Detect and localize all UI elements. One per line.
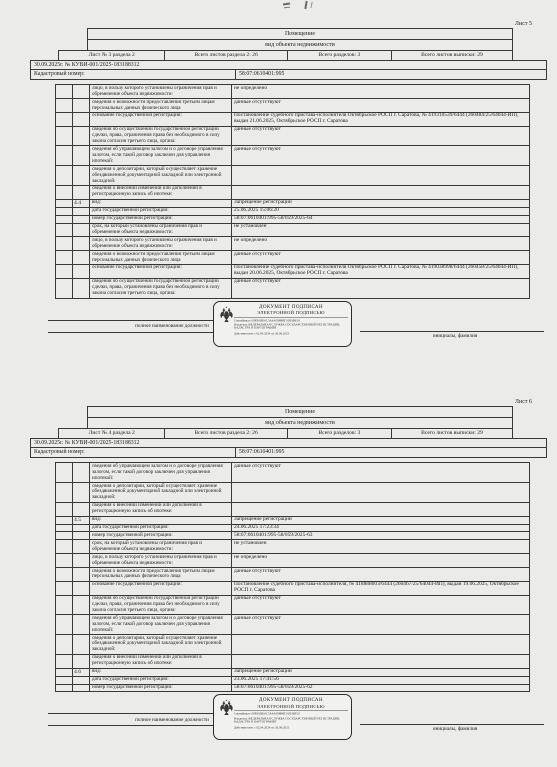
row-number bbox=[73, 216, 90, 223]
object-type-caption: вид объекта недвижимости bbox=[87, 39, 513, 51]
sheet-meta-row: Лист № 3 раздела 2 Всего листов раздела … bbox=[58, 50, 513, 61]
scan-artifact bbox=[284, 7, 290, 9]
row-value: 58:07:0610401:995-58/059/2025-62 bbox=[232, 685, 529, 692]
row-gap-cell bbox=[56, 166, 73, 185]
row-number bbox=[73, 655, 90, 668]
coat-of-arms-icon bbox=[218, 305, 234, 344]
table-row: номер государственной регистрации:58:07:… bbox=[56, 215, 529, 223]
row-label: сведения о возможности предоставления тр… bbox=[90, 251, 232, 264]
row-gap-cell bbox=[56, 517, 73, 524]
row-label: сведения об осуществлении государственно… bbox=[90, 596, 232, 615]
row-value: данные отсутствуют bbox=[232, 463, 529, 482]
row-value bbox=[232, 655, 529, 668]
row-gap-cell bbox=[56, 568, 73, 581]
document-page-sheet-5: Лист 5 Помещение вид объекта недвижимост… bbox=[30, 20, 548, 355]
table-row: 4.6вид:Запрещение регистрации bbox=[56, 668, 529, 676]
signature-line bbox=[360, 331, 544, 332]
row-gap-cell bbox=[56, 279, 73, 298]
scanned-document: Лист 5 Помещение вид объекта недвижимост… bbox=[0, 0, 557, 767]
row-number bbox=[73, 635, 90, 654]
row-label: сведения о депозитарии, который осуществ… bbox=[90, 483, 232, 502]
row-value: Постановление судебного пристава-исполни… bbox=[232, 113, 529, 126]
row-gap-cell bbox=[56, 224, 73, 237]
cadastral-number-value: 58:07:0610401:995 bbox=[235, 448, 546, 457]
row-number bbox=[73, 483, 90, 502]
row-value: 23.06.2025 17:41:56 bbox=[232, 677, 529, 684]
total-sections-cell: Всего разделов: 3 bbox=[288, 429, 392, 438]
row-gap-cell bbox=[56, 483, 73, 502]
row-label: сведения о депозитарии, который осуществ… bbox=[90, 166, 232, 185]
row-gap-cell bbox=[56, 265, 73, 278]
row-number bbox=[73, 186, 90, 199]
row-gap-cell bbox=[56, 677, 73, 684]
table-row: 4.4вид:Запрещение регистрации bbox=[56, 199, 529, 207]
table-row: основание государственной регистрации:По… bbox=[56, 264, 529, 278]
row-number bbox=[73, 540, 90, 553]
row-gap-cell bbox=[56, 186, 73, 199]
row-value: 25.06.2025 15:06:20 bbox=[232, 208, 529, 215]
row-value: данные отсутствуют bbox=[232, 127, 529, 146]
row-gap-cell bbox=[56, 208, 73, 215]
row-label: сведения о депозитарии, который осуществ… bbox=[90, 635, 232, 654]
row-label: основание государственной регистрации: bbox=[90, 265, 232, 278]
row-number bbox=[73, 237, 90, 250]
row-number bbox=[73, 99, 90, 112]
row-number bbox=[73, 166, 90, 185]
table-row: сведения о депозитарии, который осуществ… bbox=[56, 634, 529, 654]
table-row: номер государственной регистрации:58:07:… bbox=[56, 531, 529, 539]
table-row: срок, на который установлены ограничения… bbox=[56, 223, 529, 237]
row-number bbox=[73, 582, 90, 595]
table-row: дата государственной регистрации:25.06.2… bbox=[56, 207, 529, 215]
table-row: сведения об управляющем залогом и о дого… bbox=[56, 145, 529, 165]
total-sheets-section-cell: Всего листов раздела 2: 26 bbox=[165, 51, 287, 60]
row-number bbox=[73, 279, 90, 298]
row-gap-cell bbox=[56, 685, 73, 692]
row-label: дата государственной регистрации: bbox=[90, 208, 232, 215]
row-label: номер государственной регистрации: bbox=[90, 532, 232, 539]
stamp-validity-line: Действителен: с 02.04.2024 по 26.06.2025 bbox=[234, 332, 348, 335]
row-label: лицо, в пользу которого установлены огра… bbox=[90, 554, 232, 567]
table-row: лицо, в пользу которого установлены огра… bbox=[56, 553, 529, 567]
scan-artifact bbox=[283, 3, 290, 6]
row-number: 4.5 bbox=[73, 517, 90, 524]
stamp-owner-line: Владелец: ФЕДЕРАЛЬНАЯ СЛУЖБА ГОСУДАРСТВЕ… bbox=[234, 323, 348, 330]
total-sheets-extract-cell: Всего листов выписки: 29 bbox=[392, 51, 512, 60]
stamp-owner-line: Владелец: ФЕДЕРАЛЬНАЯ СЛУЖБА ГОСУДАРСТВЕ… bbox=[234, 717, 348, 724]
row-number bbox=[73, 127, 90, 146]
row-value bbox=[232, 503, 529, 516]
row-number bbox=[73, 554, 90, 567]
row-gap-cell bbox=[56, 99, 73, 112]
cadastral-number-label: Кадастровый номер: bbox=[31, 70, 235, 79]
row-label: сведения о возможности предоставления тр… bbox=[90, 568, 232, 581]
row-gap-cell bbox=[56, 216, 73, 223]
stamp-validity-line: Действителен: с 02.04.2024 по 26.06.2025 bbox=[234, 726, 348, 729]
row-number: 4.6 bbox=[73, 669, 90, 676]
row-label: срок, на который установлены ограничения… bbox=[90, 540, 232, 553]
object-type-header-table: Помещение вид объекта недвижимости bbox=[87, 406, 513, 429]
row-label: сведения об управляющем залогом и о дого… bbox=[90, 146, 232, 165]
total-sheets-section-cell: Всего листов раздела 2: 26 bbox=[165, 429, 287, 438]
row-number bbox=[73, 224, 90, 237]
sheet-number-label: Лист 6 bbox=[30, 398, 548, 406]
row-gap-cell bbox=[56, 655, 73, 668]
row-gap-cell bbox=[56, 127, 73, 146]
table-row: сведения об осуществлении государственно… bbox=[56, 278, 529, 298]
row-value: не определено bbox=[232, 237, 529, 250]
row-label: вид: bbox=[90, 669, 232, 676]
row-label: номер государственной регистрации: bbox=[90, 216, 232, 223]
row-gap-cell bbox=[56, 525, 73, 532]
row-value bbox=[232, 186, 529, 199]
row-label: вид: bbox=[90, 200, 232, 207]
row-number: 4.4 bbox=[73, 200, 90, 207]
row-value: Постановление судебного пристава-исполни… bbox=[232, 265, 529, 278]
row-label: сведения об осуществлении государственно… bbox=[90, 279, 232, 298]
scan-artifact bbox=[310, 2, 313, 8]
row-number bbox=[73, 146, 90, 165]
row-label: сведения о внесении изменений или дополн… bbox=[90, 503, 232, 516]
row-value: Запрещение регистрации bbox=[232, 669, 529, 676]
row-value: не определено bbox=[232, 85, 529, 98]
row-gap-cell bbox=[56, 635, 73, 654]
total-sheets-extract-cell: Всего листов выписки: 29 bbox=[392, 429, 512, 438]
table-row: сведения о возможности предоставления тр… bbox=[56, 98, 529, 112]
row-label: лицо, в пользу которого установлены огра… bbox=[90, 85, 232, 98]
row-label: дата государственной регистрации: bbox=[90, 677, 232, 684]
table-row: сведения об осуществлении государственно… bbox=[56, 126, 529, 146]
row-value: не установлен bbox=[232, 540, 529, 553]
row-label: основание государственной регистрации: bbox=[90, 113, 232, 126]
initials-surname-placeholder: инициалы, фамилия bbox=[415, 726, 495, 732]
initials-surname-placeholder: инициалы, фамилия bbox=[415, 333, 495, 339]
scan-artifact bbox=[304, 1, 307, 9]
row-label: сведения о возможности предоставления тр… bbox=[90, 99, 232, 112]
row-value: данные отсутствуют bbox=[232, 99, 529, 112]
row-label: номер государственной регистрации: bbox=[90, 685, 232, 692]
table-row: сведения о внесении изменений или дополн… bbox=[56, 502, 529, 516]
row-number bbox=[73, 265, 90, 278]
row-value: Запрещение регистрации bbox=[232, 200, 529, 207]
row-label: основание государственной регистрации: bbox=[90, 582, 232, 595]
row-number bbox=[73, 615, 90, 634]
row-number bbox=[73, 596, 90, 615]
row-value: данные отсутствуют bbox=[232, 568, 529, 581]
row-value: данные отсутствуют bbox=[232, 596, 529, 615]
row-value bbox=[232, 635, 529, 654]
signature-block: полное наименование должности инициалы, … bbox=[30, 694, 548, 748]
row-number bbox=[73, 251, 90, 264]
row-number bbox=[73, 532, 90, 539]
row-value: данные отсутствуют bbox=[232, 615, 529, 634]
row-number bbox=[73, 503, 90, 516]
table-row: 4.5вид:Запрещение регистрации bbox=[56, 516, 529, 524]
table-row: сведения о внесении изменений или дополн… bbox=[56, 654, 529, 668]
table-row: сведения о внесении изменений или дополн… bbox=[56, 185, 529, 199]
stamp-title-line-2: ЭЛЕКТРОННОЙ ПОДПИСЬЮ bbox=[234, 310, 348, 317]
row-gap-cell bbox=[56, 113, 73, 126]
row-value: не определено bbox=[232, 554, 529, 567]
table-row: дата государственной регистрации:23.06.2… bbox=[56, 676, 529, 684]
cadastral-number-value: 58:07:0610401:995 bbox=[235, 70, 546, 79]
row-label: лицо, в пользу которого установлены огра… bbox=[90, 237, 232, 250]
sheet-meta-row: Лист № 4 раздела 2 Всего листов раздела … bbox=[58, 428, 513, 439]
row-value: 24.06.2025 17:23:34 bbox=[232, 525, 529, 532]
row-value: Запрещение регистрации bbox=[232, 517, 529, 524]
object-type-caption: вид объекта недвижимости bbox=[87, 417, 513, 429]
cadastral-number-row: Кадастровый номер: 58:07:0610401:995 bbox=[30, 69, 547, 80]
cadastral-number-row: Кадастровый номер: 58:07:0610401:995 bbox=[30, 447, 547, 458]
table-row: сведения о депозитарии, который осуществ… bbox=[56, 482, 529, 502]
row-gap-cell bbox=[56, 554, 73, 567]
object-type-value: Помещение bbox=[87, 28, 513, 40]
sheet-info-cell: Лист № 4 раздела 2 bbox=[59, 429, 165, 438]
table-row: лицо, в пользу которого установлены огра… bbox=[56, 236, 529, 250]
row-value: данные отсутствуют bbox=[232, 146, 529, 165]
row-gap-cell bbox=[56, 582, 73, 595]
stamp-text: ДОКУМЕНТ ПОДПИСАН ЭЛЕКТРОННОЙ ПОДПИСЬЮ С… bbox=[234, 698, 348, 737]
object-type-header-table: Помещение вид объекта недвижимости bbox=[87, 28, 513, 51]
row-number bbox=[73, 568, 90, 581]
row-number bbox=[73, 525, 90, 532]
cadastral-number-label: Кадастровый номер: bbox=[31, 448, 235, 457]
document-page-sheet-6: Лист 6 Помещение вид объекта недвижимост… bbox=[30, 398, 548, 748]
row-gap-cell bbox=[56, 503, 73, 516]
table-row: сведения об осуществлении государственно… bbox=[56, 595, 529, 615]
row-gap-cell bbox=[56, 669, 73, 676]
table-row: сведения об управляющем залогом и о дого… bbox=[56, 463, 529, 482]
row-label: дата государственной регистрации: bbox=[90, 525, 232, 532]
total-sections-cell: Всего разделов: 3 bbox=[288, 51, 392, 60]
table-row: основание государственной регистрации:По… bbox=[56, 112, 529, 126]
signature-block: полное наименование должности инициалы, … bbox=[30, 301, 548, 355]
row-number bbox=[73, 208, 90, 215]
coat-of-arms-icon bbox=[218, 698, 234, 737]
table-row: сведения о возможности предоставления тр… bbox=[56, 250, 529, 264]
restrictions-table: лицо, в пользу которого установлены огра… bbox=[55, 84, 530, 298]
object-type-value: Помещение bbox=[87, 406, 513, 418]
signature-stamp: ДОКУМЕНТ ПОДПИСАН ЭЛЕКТРОННОЙ ПОДПИСЬЮ С… bbox=[213, 301, 352, 347]
row-label: сведения о внесении изменений или дополн… bbox=[90, 655, 232, 668]
table-row: основание государственной регистрации:По… bbox=[56, 581, 529, 595]
row-value: 58:07:0610401:995-58/059/2025-64 bbox=[232, 216, 529, 223]
row-gap-cell bbox=[56, 85, 73, 98]
row-value: данные отсутствуют bbox=[232, 279, 529, 298]
row-number bbox=[73, 463, 90, 482]
sheet-info-cell: Лист № 3 раздела 2 bbox=[59, 51, 165, 60]
table-row: сведения об управляющем залогом и о дого… bbox=[56, 614, 529, 634]
row-value: Постановление судебного пристава-исполни… bbox=[232, 582, 529, 595]
row-label: срок, на который установлены ограничения… bbox=[90, 224, 232, 237]
row-gap-cell bbox=[56, 615, 73, 634]
row-number bbox=[73, 677, 90, 684]
table-row: дата государственной регистрации:24.06.2… bbox=[56, 524, 529, 532]
row-gap-cell bbox=[56, 596, 73, 615]
row-value bbox=[232, 166, 529, 185]
table-row: сведения о депозитарии, который осуществ… bbox=[56, 165, 529, 185]
row-label: сведения об осуществлении государственно… bbox=[90, 127, 232, 146]
stamp-text: ДОКУМЕНТ ПОДПИСАН ЭЛЕКТРОННОЙ ПОДПИСЬЮ С… bbox=[234, 305, 348, 344]
row-label: сведения о внесении изменений или дополн… bbox=[90, 186, 232, 199]
row-label: сведения об управляющем залогом и о дого… bbox=[90, 615, 232, 634]
table-row: срок, на который установлены ограничения… bbox=[56, 539, 529, 553]
row-value: не установлен bbox=[232, 224, 529, 237]
row-value: данные отсутствуют bbox=[232, 251, 529, 264]
row-gap-cell bbox=[56, 463, 73, 482]
row-number bbox=[73, 85, 90, 98]
row-label: сведения об управляющем залогом и о дого… bbox=[90, 463, 232, 482]
table-row: сведения о возможности предоставления тр… bbox=[56, 567, 529, 581]
row-gap-cell bbox=[56, 251, 73, 264]
sheet-number-label: Лист 5 bbox=[30, 20, 548, 28]
row-value: 58:07:0610401:995-58/059/2025-63 bbox=[232, 532, 529, 539]
row-gap-cell bbox=[56, 146, 73, 165]
row-label: вид: bbox=[90, 517, 232, 524]
row-gap-cell bbox=[56, 200, 73, 207]
table-row: лицо, в пользу которого установлены огра… bbox=[56, 85, 529, 98]
signature-stamp: ДОКУМЕНТ ПОДПИСАН ЭЛЕКТРОННОЙ ПОДПИСЬЮ С… bbox=[213, 694, 352, 740]
row-gap-cell bbox=[56, 540, 73, 553]
table-row: номер государственной регистрации:58:07:… bbox=[56, 684, 529, 692]
restrictions-table: сведения об управляющем залогом и о дого… bbox=[55, 462, 530, 692]
row-number bbox=[73, 685, 90, 692]
row-gap-cell bbox=[56, 237, 73, 250]
row-gap-cell bbox=[56, 532, 73, 539]
row-value bbox=[232, 483, 529, 502]
row-number bbox=[73, 113, 90, 126]
